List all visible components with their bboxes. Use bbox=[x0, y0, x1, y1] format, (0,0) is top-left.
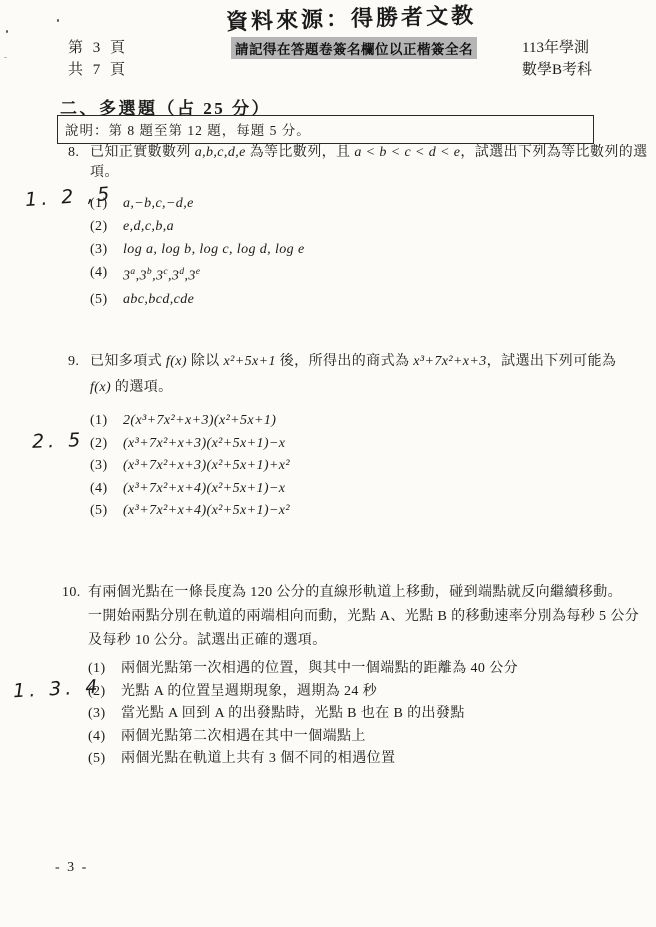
question-10-stem-line3: 及每秒 10 公分。試選出正確的選項。 bbox=[62, 629, 647, 653]
handwritten-answer-q9: 2. 5 bbox=[32, 429, 85, 453]
question-8-number: 8. bbox=[68, 143, 90, 183]
option-row: (5) (x³+7x²+x+4)(x²+5x+1)−x² bbox=[90, 500, 653, 523]
question-10-stem-line1: 有兩個光點在一條長度為 120 公分的直線形軌道上移動，碰到端點就反向繼續移動。 bbox=[88, 581, 647, 605]
option-text: 兩個光點第一次相遇的位置，與其中一個端點的距離為 40 公分 bbox=[121, 658, 518, 681]
option-label: (2) bbox=[90, 215, 123, 238]
option-formula: (x³+7x²+x+3)(x²+5x+1)−x bbox=[123, 433, 285, 456]
exam-year-label: 113年學測 bbox=[522, 37, 592, 59]
option-row: (1) a,−b,c,−d,e bbox=[90, 192, 653, 215]
option-row: (3) (x³+7x²+x+3)(x²+5x+1)+x² bbox=[90, 455, 653, 478]
total-pages-label: 共 7 頁 bbox=[68, 59, 128, 81]
question-9: 9. 已知多項式 f(x) 除以 x²+5x+1 後，所得出的商式為 x³+7x… bbox=[68, 349, 653, 523]
option-text: 光點 A 的位置呈週期現象，週期為 24 秒 bbox=[121, 681, 377, 704]
option-text: 當光點 A 回到 A 的出發點時，光點 B 也在 B 的出發點 bbox=[121, 703, 465, 726]
option-formula: e,d,c,b,a bbox=[123, 215, 174, 238]
option-row: (2) (x³+7x²+x+3)(x²+5x+1)−x bbox=[90, 433, 653, 456]
scan-speck bbox=[57, 19, 59, 22]
option-formula: (x³+7x²+x+4)(x²+5x+1)−x² bbox=[123, 500, 290, 523]
option-label: (1) bbox=[90, 410, 123, 433]
signature-notice: 請記得在答題卷簽名欄位以正楷簽全名 bbox=[231, 37, 477, 59]
option-row: (5) abc,bcd,cde bbox=[90, 288, 653, 311]
option-formula: (x³+7x²+x+3)(x²+5x+1)+x² bbox=[123, 455, 290, 478]
option-text: 兩個光點在軌道上共有 3 個不同的相遇位置 bbox=[121, 748, 395, 771]
option-label: (5) bbox=[90, 500, 123, 523]
question-9-number: 9. bbox=[68, 349, 90, 375]
option-label: (3) bbox=[90, 238, 123, 261]
option-row: (2) 光點 A 的位置呈週期現象，週期為 24 秒 bbox=[88, 681, 647, 704]
scan-speck bbox=[6, 30, 8, 33]
question-9-stem-line2: f(x) 的選項。 bbox=[68, 375, 653, 401]
option-label: (3) bbox=[90, 455, 123, 478]
question-10: 10. 有兩個光點在一條長度為 120 公分的直線形軌道上移動，碰到端點就反向繼… bbox=[62, 581, 647, 771]
question-8-options: (1) a,−b,c,−d,e (2) e,d,c,b,a (3) log a,… bbox=[90, 192, 653, 311]
option-row: (1) 兩個光點第一次相遇的位置，與其中一個端點的距離為 40 公分 bbox=[88, 658, 647, 681]
option-row: (1) 2(x³+7x²+x+3)(x²+5x+1) bbox=[90, 410, 653, 433]
option-label: (4) bbox=[90, 261, 123, 288]
question-8-stem: 已知正實數數列 a,b,c,d,e 為等比數列，且 a < b < c < d … bbox=[90, 143, 653, 183]
handwritten-answer-q10: 1. 3. 4 bbox=[12, 676, 101, 703]
option-label: (5) bbox=[88, 748, 121, 771]
question-9-options: (1) 2(x³+7x²+x+3)(x²+5x+1) (2) (x³+7x²+x… bbox=[90, 410, 653, 523]
option-row: (4) 3a,3b,3c,3d,3e bbox=[90, 261, 653, 288]
instruction-box: 說明：第 8 題至第 12 題，每題 5 分。 bbox=[57, 115, 594, 144]
option-formula: abc,bcd,cde bbox=[123, 288, 194, 311]
option-formula: log a, log b, log c, log d, log e bbox=[123, 238, 305, 261]
option-formula: 3a,3b,3c,3d,3e bbox=[123, 261, 200, 288]
option-formula: (x³+7x²+x+4)(x²+5x+1)−x bbox=[123, 478, 285, 501]
option-label: (4) bbox=[90, 478, 123, 501]
subject-label: 數學B考科 bbox=[522, 59, 592, 81]
page-number-label: 第 3 頁 bbox=[68, 37, 128, 59]
question-10-stem-line2: 一開始兩點分別在軌道的兩端相向而動，光點 A、光點 B 的移動速率分別為每秒 5… bbox=[62, 605, 647, 629]
option-text: 兩個光點第二次相遇在其中一個端點上 bbox=[121, 726, 366, 749]
footer-page-number: - 3 - bbox=[55, 860, 88, 876]
option-row: (3) 當光點 A 回到 A 的出發點時，光點 B 也在 B 的出發點 bbox=[88, 703, 647, 726]
option-row: (5) 兩個光點在軌道上共有 3 個不同的相遇位置 bbox=[88, 748, 647, 771]
option-label: (2) bbox=[90, 433, 123, 456]
option-label: (3) bbox=[88, 703, 121, 726]
handwritten-source-note: 資料來源：得勝者文教 bbox=[226, 0, 477, 36]
option-row: (2) e,d,c,b,a bbox=[90, 215, 653, 238]
option-label: (5) bbox=[90, 288, 123, 311]
header-exam-info: 113年學測 數學B考科 bbox=[522, 37, 592, 81]
option-row: (3) log a, log b, log c, log d, log e bbox=[90, 238, 653, 261]
option-row: (4) 兩個光點第二次相遇在其中一個端點上 bbox=[88, 726, 647, 749]
question-10-options: (1) 兩個光點第一次相遇的位置，與其中一個端點的距離為 40 公分 (2) 光… bbox=[88, 658, 647, 771]
header-page-info: 第 3 頁 共 7 頁 bbox=[68, 37, 128, 81]
scan-speck bbox=[4, 57, 7, 58]
question-9-stem-line1: 已知多項式 f(x) 除以 x²+5x+1 後，所得出的商式為 x³+7x²+x… bbox=[90, 349, 653, 375]
question-10-number: 10. bbox=[62, 581, 88, 605]
option-row: (4) (x³+7x²+x+4)(x²+5x+1)−x bbox=[90, 478, 653, 501]
exam-page: 資料來源：得勝者文教 第 3 頁 共 7 頁 請記得在答題卷簽名欄位以正楷簽全名… bbox=[0, 0, 656, 927]
option-formula: a,−b,c,−d,e bbox=[123, 192, 194, 215]
question-8: 8. 已知正實數數列 a,b,c,d,e 為等比數列，且 a < b < c <… bbox=[68, 143, 653, 311]
option-formula: 2(x³+7x²+x+3)(x²+5x+1) bbox=[123, 410, 276, 433]
option-label: (4) bbox=[88, 726, 121, 749]
